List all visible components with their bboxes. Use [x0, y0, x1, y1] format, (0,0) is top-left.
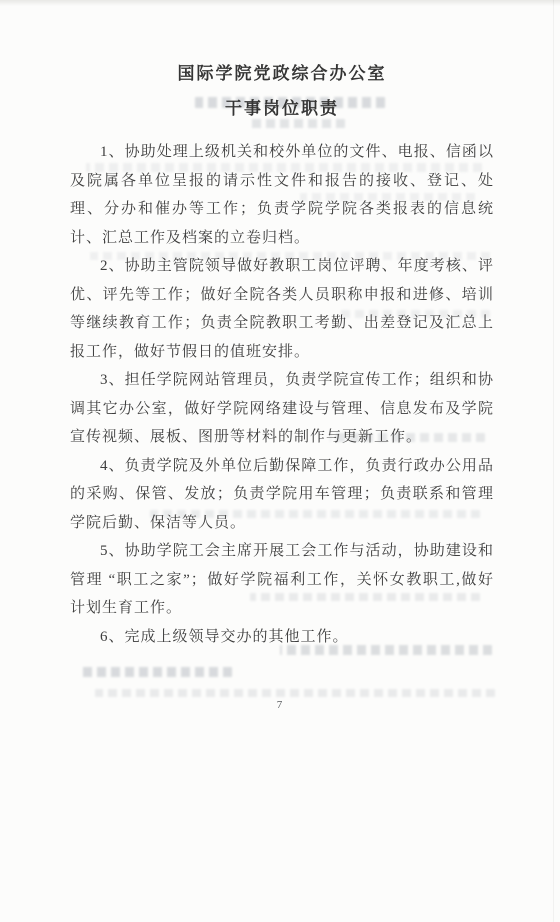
paragraph-1: 1、协助处理上级机关和校外单位的文件、电报、信函以及院属各单位呈报的请示性文件和…	[70, 138, 494, 252]
document-subtitle: 干事岗位职责	[70, 97, 494, 121]
bleed-through-artifact	[82, 667, 232, 677]
scanned-document-page: 国际学院党政综合办公室 干事岗位职责 1、协助处理上级机关和校外单位的文件、电报…	[0, 0, 560, 922]
scanner-edge-artifact	[0, 0, 560, 6]
paragraph-6: 6、完成上级领导交办的其他工作。	[70, 623, 494, 652]
document-title: 国际学院党政综合办公室	[70, 62, 494, 86]
paragraph-3: 3、担任学院网站管理员，负责学院宣传工作；组织和协调其它办公室，做好学院网络建设…	[70, 366, 494, 452]
paragraph-4: 4、负责学院及外单位后勤保障工作，负责行政办公用品的采购、保管、发放；负责学院用…	[70, 452, 494, 538]
paragraph-2: 2、协助主管院领导做好教职工岗位评聘、年度考核、评优、评先等工作；做好全院各类人…	[70, 252, 494, 366]
paper-edge-line	[553, 0, 554, 922]
paragraph-5: 5、协助学院工会主席开展工会工作与活动，协助建设和管理 “职工之家”；做好学院福…	[70, 537, 494, 623]
page-number: 7	[0, 699, 560, 711]
bleed-through-artifact	[95, 689, 495, 697]
document-body: 国际学院党政综合办公室 干事岗位职责 1、协助处理上级机关和校外单位的文件、电报…	[70, 62, 494, 651]
